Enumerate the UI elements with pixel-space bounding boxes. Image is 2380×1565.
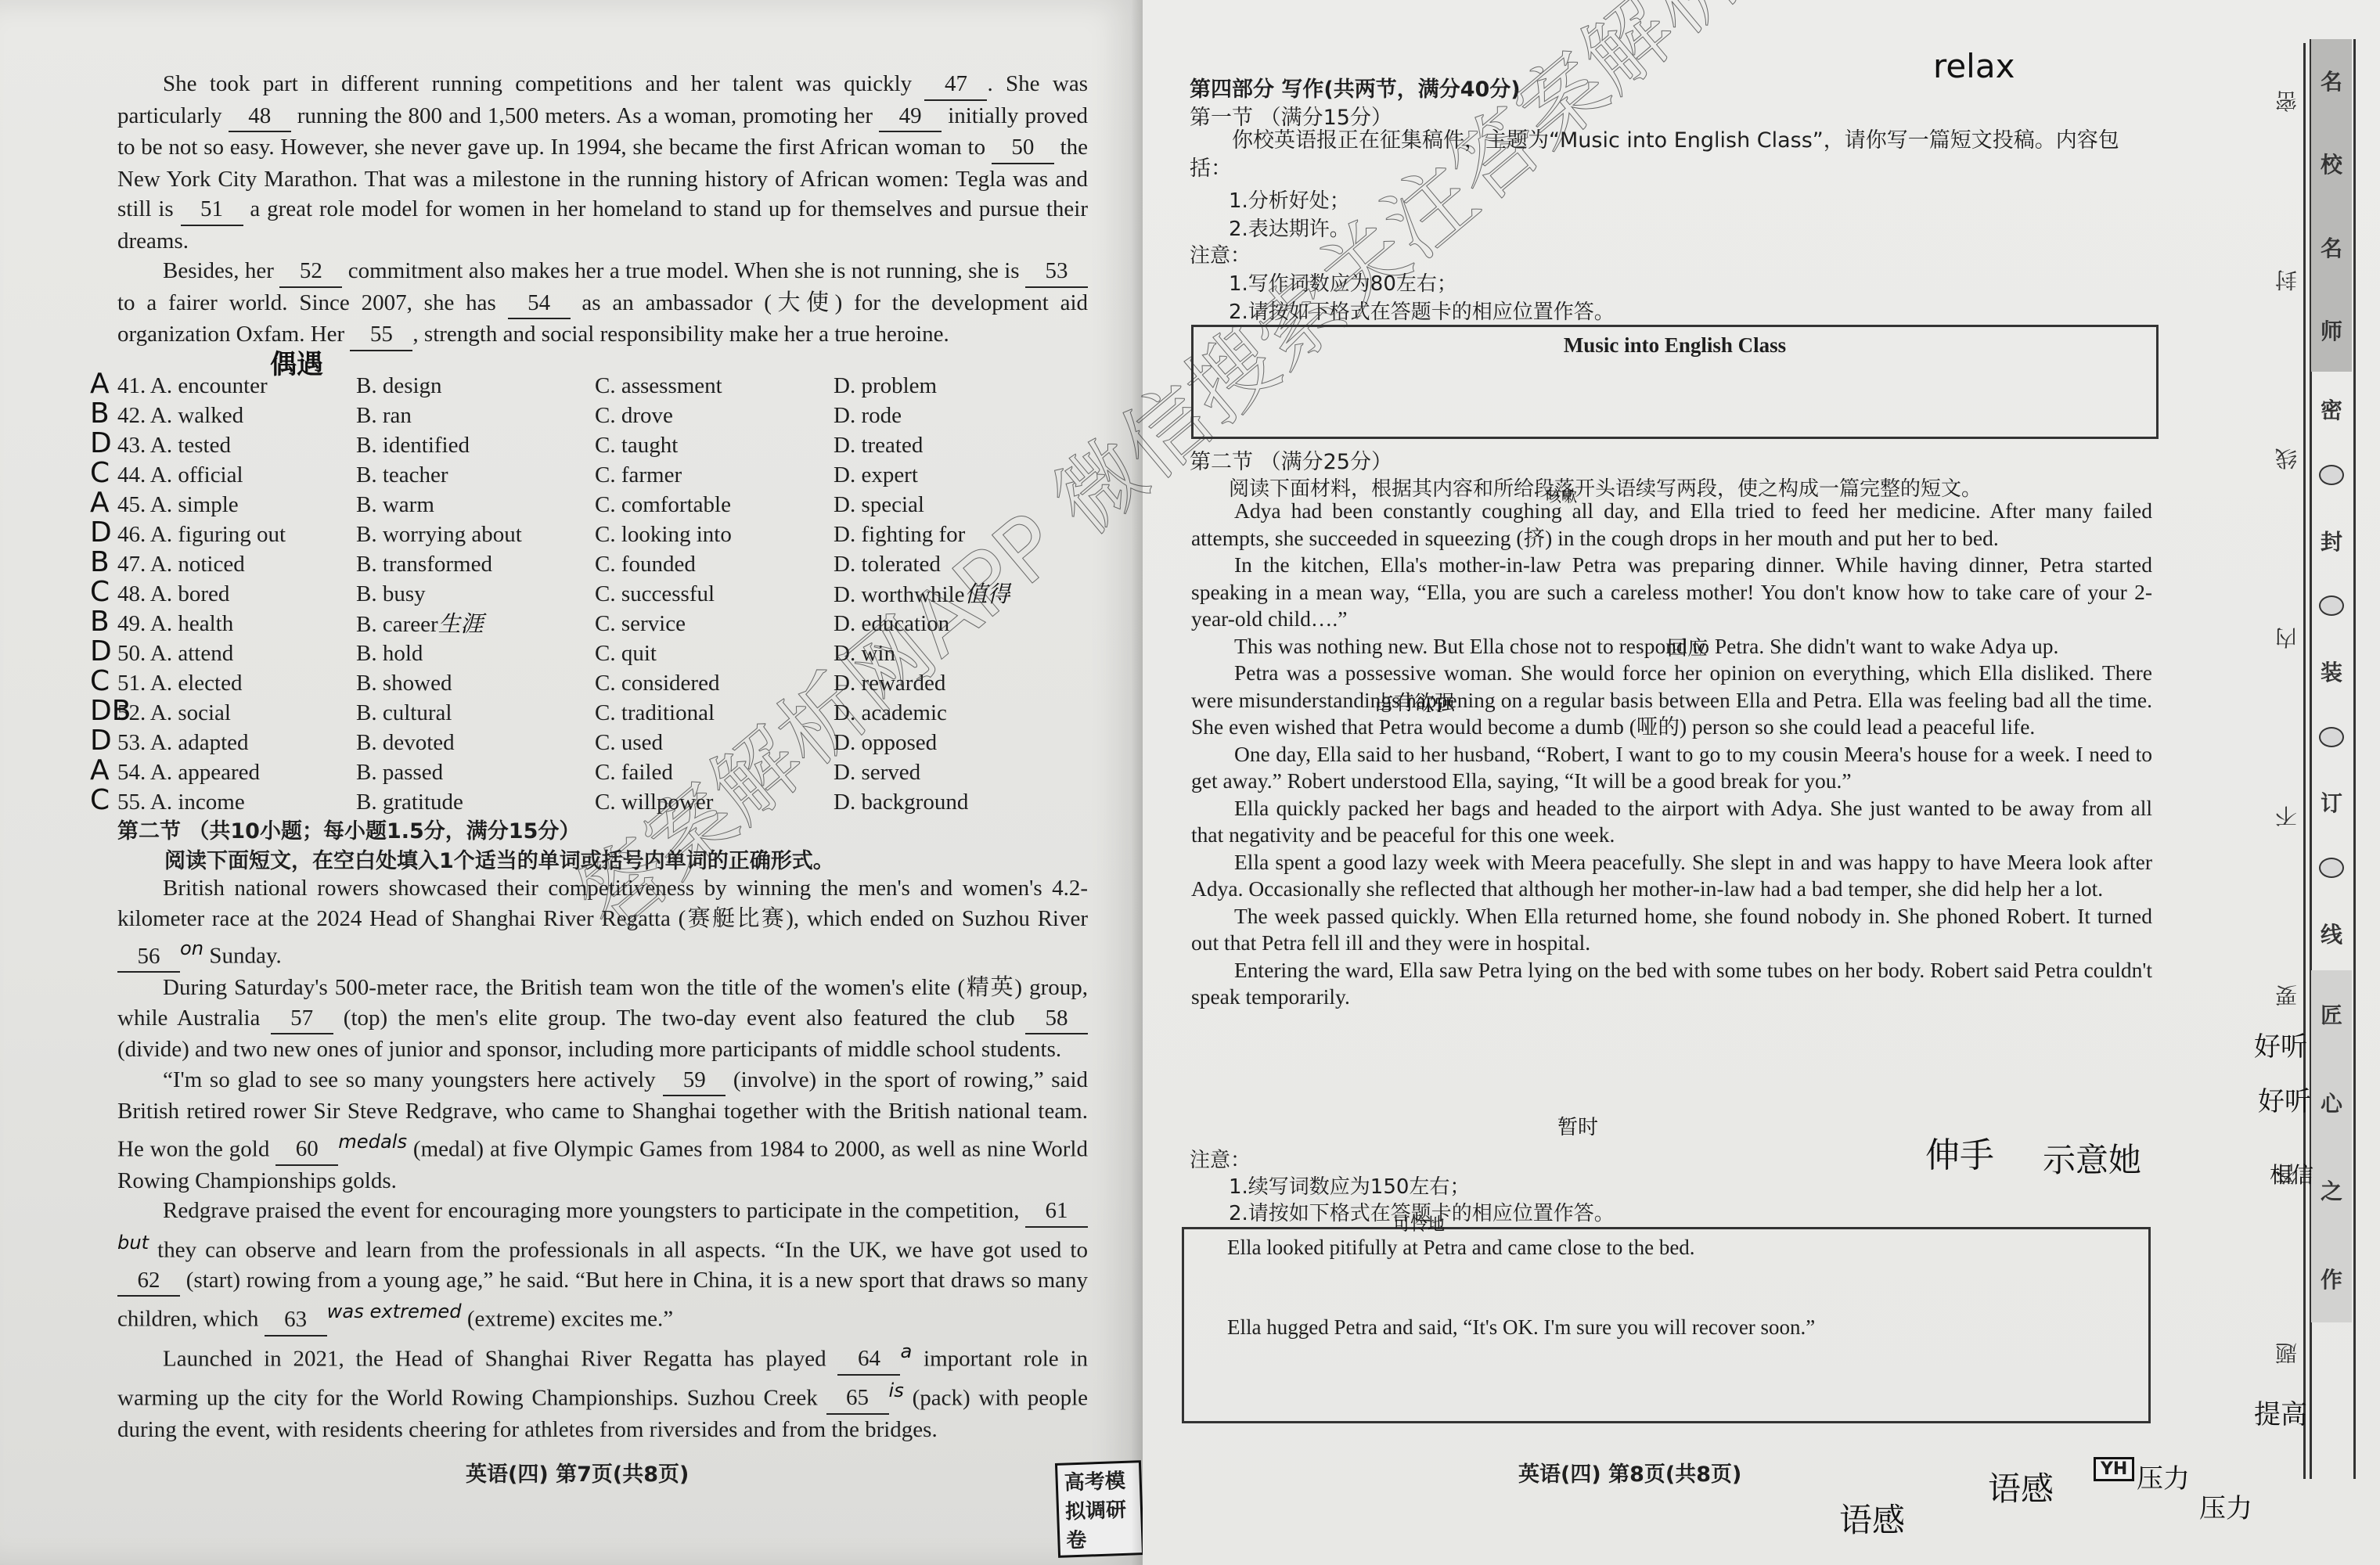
option-c[interactable]: C. considered xyxy=(595,668,834,698)
handwriting-temporarily: 暂时 xyxy=(1557,1111,1598,1140)
option-b[interactable]: B. worrying about xyxy=(356,520,595,549)
option-a[interactable]: 44. A. official xyxy=(117,460,356,490)
binding-char: 装 xyxy=(2321,656,2342,687)
option-b[interactable]: B. teacher xyxy=(356,460,595,490)
story-paragraph: Adya had been constantly coughing all da… xyxy=(1191,498,2152,552)
binding-outer-char: 题 xyxy=(2275,1338,2297,1369)
sec1-prompt: 你校英语报正在征集稿件，主题为“Music into English Class… xyxy=(1190,127,2160,183)
blank-61[interactable]: 61 xyxy=(1025,1196,1088,1228)
binding-char: 封 xyxy=(2321,525,2342,556)
handwritten-choice: A xyxy=(90,369,110,399)
box2-opening-1: Ella looked pitifully at Petra and came … xyxy=(1227,1236,1695,1260)
story-paragraph: Entering the ward, Ella saw Petra lying … xyxy=(1191,957,2152,1011)
handwriting-pitifully: 可怜地 xyxy=(1393,1211,1445,1236)
option-b[interactable]: B. cultural xyxy=(356,698,595,728)
blank-52[interactable]: 52 xyxy=(279,256,342,288)
story-paragraph: Ella spent a good lazy week with Meera p… xyxy=(1191,849,2152,903)
blank-62[interactable]: 62 xyxy=(117,1265,180,1297)
cloze-options: A41. A. encounterB. designC. assessmentD… xyxy=(117,371,1096,817)
option-b[interactable]: B. identified xyxy=(356,430,595,460)
binding-line-outer xyxy=(2303,43,2306,1479)
option-row: B49. A. healthB. career 生涯C. serviceD. e… xyxy=(117,609,1096,639)
option-d[interactable]: D. fighting for xyxy=(834,520,1068,549)
option-c[interactable]: C. service xyxy=(595,609,834,639)
option-row: D50. A. attendB. holdC. quitD. win xyxy=(117,639,1096,668)
binding-char: 密 xyxy=(2321,394,2342,425)
handwritten-choice: D xyxy=(90,637,112,667)
option-d[interactable]: D. special xyxy=(834,490,1068,520)
blank-50[interactable]: 50 xyxy=(992,132,1054,164)
option-b[interactable]: B. design xyxy=(356,371,595,401)
handwriting-note-4: 提高 xyxy=(2254,1393,2307,1431)
option-c[interactable]: C. failed xyxy=(595,757,834,787)
option-row: D43. A. testedB. identifiedC. taughtD. t… xyxy=(117,430,1096,460)
handwriting-signal: 示意她 xyxy=(2043,1135,2141,1182)
handwritten-answer-63: was extremed xyxy=(327,1301,462,1322)
grammar-paragraph: Launched in 2021, the Head of Shanghai R… xyxy=(117,1337,1088,1445)
option-d[interactable]: D. served xyxy=(834,757,1068,787)
blank-49[interactable]: 49 xyxy=(879,101,942,133)
handwritten-choice: D xyxy=(90,429,112,459)
handwritten-choice: D xyxy=(90,726,112,756)
option-a[interactable]: 49. A. health xyxy=(117,609,356,639)
story-paragraph: Ella quickly packed her bags and headed … xyxy=(1191,795,2152,849)
option-c[interactable]: C. farmer xyxy=(595,460,834,490)
blank-60[interactable]: 60 xyxy=(275,1134,338,1166)
option-a[interactable]: 53. A. adapted xyxy=(117,728,356,757)
blank-54[interactable]: 54 xyxy=(508,288,571,320)
story-paragraph: In the kitchen, Ella's mother-in-law Pet… xyxy=(1191,552,2152,633)
writing-box-1-title: Music into English Class xyxy=(1194,333,2156,358)
option-row: C51. A. electedB. showedC. consideredD. … xyxy=(117,668,1096,698)
part4-heading: 第四部分 写作(共两节，满分40分) xyxy=(1190,72,1521,103)
option-a[interactable]: 46. A. figuring out xyxy=(117,520,356,549)
box2-opening-2: Ella hugged Petra and said, “It's OK. I'… xyxy=(1227,1315,1815,1340)
sec1-note-2: 2.请按如下格式在答题卡的相应位置作答。 xyxy=(1229,296,1615,325)
story-paragraph: The week passed quickly. When Ella retur… xyxy=(1191,903,2152,957)
cloze-paragraph: She took part in different running compe… xyxy=(117,69,1088,256)
option-d[interactable]: D. worthwhile 值得 xyxy=(834,579,1068,609)
handwritten-answer-65: is xyxy=(889,1380,904,1401)
option-row: D53. A. adaptedB. devotedC. usedD. oppos… xyxy=(117,728,1096,757)
grammar-paragraph: During Saturday's 500-meter race, the Br… xyxy=(117,973,1088,1065)
blank-57[interactable]: 57 xyxy=(271,1003,333,1035)
blank-47[interactable]: 47 xyxy=(924,69,987,101)
handwritten-answer-64: a xyxy=(900,1340,912,1362)
story-paragraph: Petra was a possessive woman. She would … xyxy=(1191,660,2152,741)
handwriting-possessive: 占有欲强 xyxy=(1374,687,1455,716)
option-b[interactable]: B. ran xyxy=(356,401,595,430)
option-b[interactable]: B. hold xyxy=(356,639,595,668)
option-b[interactable]: B. career 生涯 xyxy=(356,609,595,639)
handwritten-answer-61: but xyxy=(117,1232,149,1254)
handwriting-encounter: 偶遇 xyxy=(270,343,323,381)
handwriting-note-2: 好听 xyxy=(2258,1080,2311,1118)
sec2-notes-label: 注意： xyxy=(1190,1144,1251,1173)
blank-59[interactable]: 59 xyxy=(663,1065,726,1097)
sec2-note-1: 1.续写词数应为150左右； xyxy=(1229,1171,1470,1200)
blank-56[interactable]: 56 xyxy=(117,941,180,973)
writing-box-2: Ella looked pitifully at Petra and came … xyxy=(1182,1227,2151,1423)
binding-line-inner-right xyxy=(2353,39,2356,1479)
section2-heading: 第二节 （共10小题；每小题1.5分，满分15分） xyxy=(117,814,580,844)
option-row: C55. A. incomeB. gratitudeC. willpowerD.… xyxy=(117,787,1096,817)
option-a[interactable]: 42. A. walked xyxy=(117,401,356,430)
binding-band-middle: 密封装订线 xyxy=(2311,374,2352,969)
binding-outer-char: 内 xyxy=(2275,623,2297,654)
handwritten-choice: C xyxy=(90,667,110,696)
handwritten-choice: C xyxy=(90,786,110,815)
binding-circle-icon xyxy=(2319,465,2344,485)
option-b[interactable]: B. warm xyxy=(356,490,595,520)
story-paragraph: One day, Ella said to her husband, “Robe… xyxy=(1191,741,2152,795)
option-c[interactable]: C. traditional xyxy=(595,698,834,728)
handwritten-choice: DB xyxy=(90,696,131,726)
handwritten-choice: D xyxy=(90,518,112,548)
binding-char: 校 xyxy=(2321,148,2342,179)
option-row: C48. A. boredB. busyC. successfulD. wort… xyxy=(117,579,1096,609)
option-d[interactable]: D. rode xyxy=(834,401,1068,430)
binding-band-bottom: 匠心之作 xyxy=(2311,970,2352,1322)
option-a[interactable]: 51. A. elected xyxy=(117,668,356,698)
binding-char: 匠 xyxy=(2321,998,2342,1030)
binding-char: 作 xyxy=(2321,1263,2342,1294)
option-d[interactable]: D. rewarded xyxy=(834,668,1068,698)
option-c[interactable]: C. founded xyxy=(595,549,834,579)
blank-55[interactable]: 55 xyxy=(350,319,412,351)
option-a[interactable]: 48. A. bored xyxy=(117,579,356,609)
option-a[interactable]: 50. A. attend xyxy=(117,639,356,668)
option-c[interactable]: C. quit xyxy=(595,639,834,668)
option-row: A54. A. appearedB. passedC. failedD. ser… xyxy=(117,757,1096,787)
binding-outer-char: 要 xyxy=(2275,980,2297,1012)
binding-outer-char: 线 xyxy=(2275,444,2297,475)
option-row: A41. A. encounterB. designC. assessmentD… xyxy=(117,371,1096,401)
option-c[interactable]: C. looking into xyxy=(595,520,834,549)
handwritten-choice: B xyxy=(90,607,110,637)
option-b[interactable]: B. passed xyxy=(356,757,595,787)
cloze-passage: She took part in different running compe… xyxy=(117,69,1088,351)
handwriting-note-1: 好听 xyxy=(2254,1025,2307,1063)
option-a[interactable]: 52. A. social xyxy=(117,698,356,728)
handwriting-note-5: 压力 xyxy=(2199,1487,2252,1525)
grammar-paragraph: Redgrave praised the event for encouragi… xyxy=(117,1196,1088,1336)
blank-53[interactable]: 53 xyxy=(1025,256,1088,288)
blank-48[interactable]: 48 xyxy=(229,101,291,133)
handwriting-bottom-3: 压力 xyxy=(2137,1457,2190,1495)
option-c[interactable]: C. successful xyxy=(595,579,834,609)
handwriting-bottom-2: 语感 xyxy=(1988,1463,2054,1510)
handwriting-relax: relax xyxy=(1933,47,2015,85)
binding-char: 师 xyxy=(2321,315,2342,346)
left-page: She took part in different running compe… xyxy=(0,0,1143,1565)
handwritten-choice: A xyxy=(90,488,110,518)
handwritten-choice: A xyxy=(90,756,110,786)
grammar-paragraph: “I'm so glad to see so many youngsters h… xyxy=(117,1065,1088,1196)
option-b[interactable]: B. showed xyxy=(356,668,595,698)
binding-strip: 名校名师 密封装订线 匠心之作 题答要不内线封密 xyxy=(2263,0,2380,1565)
handwriting-cough: 咳嗽 xyxy=(1546,484,1577,506)
option-d[interactable]: D. win xyxy=(834,639,1068,668)
option-c[interactable]: C. comfortable xyxy=(595,490,834,520)
option-c[interactable]: C. willpower xyxy=(595,787,834,817)
handwritten-choice: B xyxy=(90,399,110,429)
option-row: B47. A. noticedB. transformedC. foundedD… xyxy=(117,549,1096,579)
option-b[interactable]: B. gratitude xyxy=(356,787,595,817)
continuation-story: Adya had been constantly coughing all da… xyxy=(1191,498,2152,1011)
option-row: D46. A. figuring outB. worrying aboutC. … xyxy=(117,520,1096,549)
blank-64[interactable]: 64 xyxy=(837,1344,900,1376)
blank-58[interactable]: 58 xyxy=(1025,1003,1088,1035)
handwritten-choice: C xyxy=(90,577,110,607)
option-c[interactable]: C. assessment xyxy=(595,371,834,401)
handwritten-choice: B xyxy=(90,548,110,577)
option-note: 生涯 xyxy=(438,609,484,639)
option-b[interactable]: B. transformed xyxy=(356,549,595,579)
blank-51[interactable]: 51 xyxy=(181,194,243,226)
option-d[interactable]: D. treated xyxy=(834,430,1068,460)
option-d[interactable]: D. tolerated xyxy=(834,549,1068,579)
option-b[interactable]: B. busy xyxy=(356,579,595,609)
option-c[interactable]: C. used xyxy=(595,728,834,757)
binding-outer-char: 不 xyxy=(2275,801,2297,833)
option-d[interactable]: D. expert xyxy=(834,460,1068,490)
sec1-point-2: 2.表达期许。 xyxy=(1229,213,1350,242)
binding-outer-char: 密 xyxy=(2275,86,2297,117)
handwritten-choice: C xyxy=(90,459,110,488)
binding-char: 心 xyxy=(2321,1087,2342,1118)
sec2-heading: 第二节 （满分25分） xyxy=(1190,444,1392,475)
binding-char: 名 xyxy=(2321,65,2342,96)
option-d[interactable]: D. education xyxy=(834,609,1068,639)
handwriting-reach-out: 伸手 xyxy=(1925,1127,1994,1177)
option-b[interactable]: B. devoted xyxy=(356,728,595,757)
grammar-passage: British national rowers showcased their … xyxy=(117,873,1088,1444)
handwriting-note-3: 相信 xyxy=(2270,1158,2313,1189)
sec1-note-1: 1.写作词数应为80左右； xyxy=(1229,268,1457,297)
handwriting-respond: 回应 xyxy=(1667,632,1708,661)
option-row: A45. A. simpleB. warmC. comfortableD. sp… xyxy=(117,490,1096,520)
blank-65[interactable]: 65 xyxy=(826,1383,889,1415)
footer-badge: YH xyxy=(2094,1457,2134,1481)
handwritten-answer-56: on xyxy=(180,937,203,959)
option-d[interactable]: D. background xyxy=(834,787,1068,817)
option-d[interactable]: D. problem xyxy=(834,371,1068,401)
option-d[interactable]: D. academic xyxy=(834,698,1068,728)
writing-box-1: Music into English Class xyxy=(1191,325,2159,439)
binding-char: 订 xyxy=(2321,786,2342,818)
binding-char: 之 xyxy=(2321,1175,2342,1206)
binding-char: 名 xyxy=(2321,232,2342,263)
binding-circle-icon xyxy=(2319,727,2344,747)
binding-char: 线 xyxy=(2321,918,2342,949)
option-a[interactable]: 55. A. income xyxy=(117,787,356,817)
binding-band-top: 名校名师 xyxy=(2311,39,2352,372)
grammar-paragraph: British national rowers showcased their … xyxy=(117,873,1088,973)
option-row: DB52. A. socialB. culturalC. traditional… xyxy=(117,698,1096,728)
sec1-notes-label: 注意： xyxy=(1190,239,1251,268)
option-c[interactable]: C. taught xyxy=(595,430,834,460)
cloze-paragraph: Besides, her 52 commitment also makes he… xyxy=(117,256,1088,351)
option-row: C44. A. officialB. teacherC. farmerD. ex… xyxy=(117,460,1096,490)
option-a[interactable]: 54. A. appeared xyxy=(117,757,356,787)
binding-circle-icon xyxy=(2319,595,2344,616)
option-row: B42. A. walkedB. ranC. droveD. rode xyxy=(117,401,1096,430)
handwriting-bottom-1: 语感 xyxy=(1839,1495,1905,1542)
handwritten-answer-60: medals xyxy=(338,1131,407,1153)
option-d[interactable]: D. opposed xyxy=(834,728,1068,757)
option-c[interactable]: C. drove xyxy=(595,401,834,430)
binding-outer-char: 封 xyxy=(2275,265,2297,297)
page-footer-right: 英语(四) 第8页(共8页) xyxy=(1518,1457,1741,1488)
option-a[interactable]: 43. A. tested xyxy=(117,430,356,460)
section2-instruction: 阅读下面短文，在空白处填入1个适当的单词或括号内单词的正确形式。 xyxy=(164,844,834,874)
option-note: 值得 xyxy=(965,579,1010,609)
option-a[interactable]: 45. A. simple xyxy=(117,490,356,520)
right-page: 第四部分 写作(共两节，满分40分) 第一节 （满分15分） 你校英语报正在征集… xyxy=(1143,0,2380,1565)
binding-circle-icon xyxy=(2319,858,2344,878)
sec1-point-1: 1.分析好处； xyxy=(1229,185,1350,214)
page-footer-left: 英语(四) 第7页(共8页) xyxy=(466,1457,689,1488)
option-a[interactable]: 47. A. noticed xyxy=(117,549,356,579)
blank-63[interactable]: 63 xyxy=(265,1304,327,1337)
